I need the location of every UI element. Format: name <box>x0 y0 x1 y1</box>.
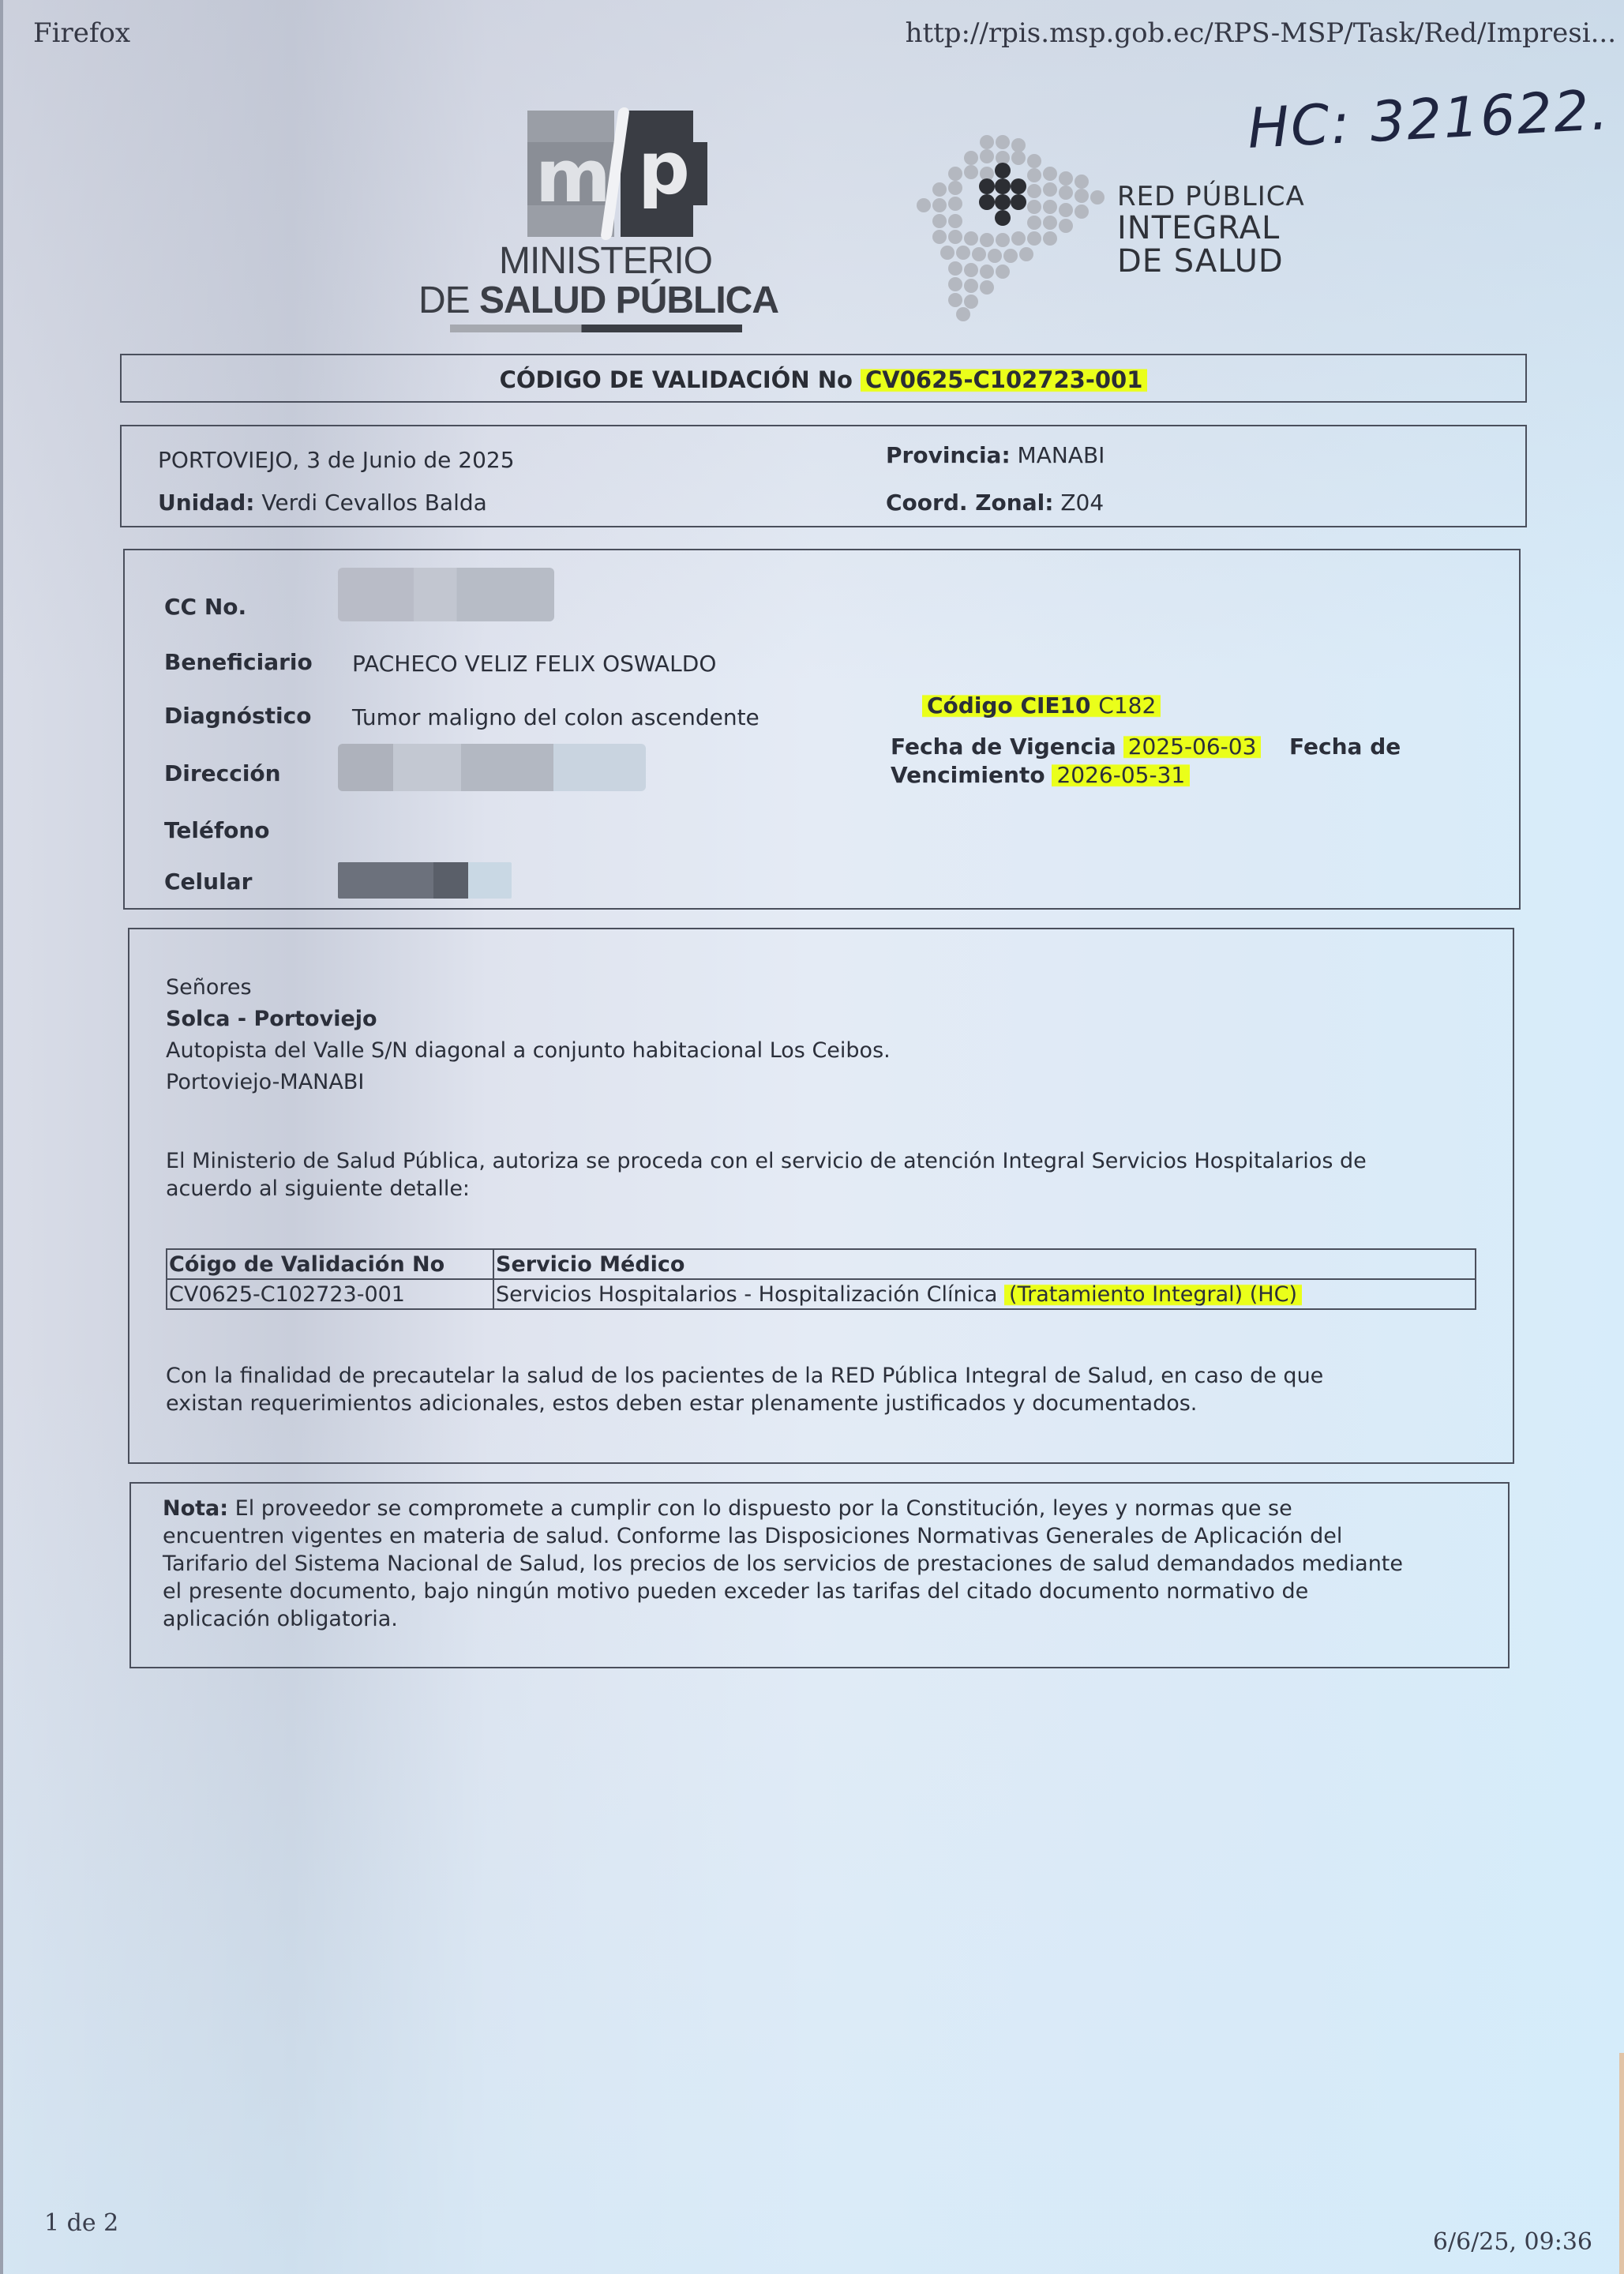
ecuador-dot-map-icon <box>908 134 1113 324</box>
provincia-field: Provincia: MANABI <box>886 442 1105 468</box>
recipient: Solca - Portoviejo <box>166 1005 377 1033</box>
direccion-redacted <box>338 744 646 791</box>
print-header-url: http://rpis.msp.gob.ec/RPS-MSP/Task/Red/… <box>906 17 1616 49</box>
service-table: Cóigo de Validación No Servicio Médico C… <box>166 1248 1476 1310</box>
recipient-address: Autopista del Valle S/N diagonal a conju… <box>166 1037 891 1064</box>
print-datetime: 6/6/25, 09:36 <box>1433 2228 1592 2256</box>
service-table-header: Cóigo de Validación No Servicio Médico <box>167 1249 1476 1279</box>
cc-label: CC No. <box>164 594 246 620</box>
coord-zonal-field: Coord. Zonal: Z04 <box>886 490 1104 516</box>
place-date: PORTOVIEJO, 3 de Junio de 2025 <box>158 447 515 473</box>
msp-logo: m p MINISTERIO DE SALUD PÚBLICA <box>418 107 797 343</box>
print-header-browser: Firefox <box>33 17 130 49</box>
msp-title-line2: DE SALUD PÚBLICA <box>418 279 778 322</box>
recipient-city: Portoviejo-MANABI <box>166 1068 364 1096</box>
msp-mark-icon: m p <box>527 111 693 237</box>
col-header-code: Cóigo de Validación No <box>167 1249 493 1279</box>
authorization-text: El Ministerio de Salud Pública, autoriza… <box>166 1147 1367 1203</box>
telefono-label: Teléfono <box>164 817 270 843</box>
header-info-box: PORTOVIEJO, 3 de Junio de 2025 Unidad: V… <box>120 425 1527 527</box>
salutation: Señores <box>166 974 252 1001</box>
rpis-logo: RED PÚBLICA INTEGRAL DE SALUD <box>908 134 1334 324</box>
diagnostico-value: Tumor maligno del colon ascendente <box>352 704 759 730</box>
row-service: Servicios Hospitalarios - Hospitalizació… <box>493 1279 1476 1309</box>
vencimiento-field: Vencimiento 2026-05-31 <box>891 762 1190 788</box>
closing-text: Con la finalidad de precautelar la salud… <box>166 1362 1323 1417</box>
validation-code-value: CV0625-C102723-001 <box>861 366 1147 393</box>
cc-redacted <box>338 568 554 621</box>
patient-info-box: CC No. Beneficiario PACHECO VELIZ FELIX … <box>123 549 1521 910</box>
celular-label: Celular <box>164 869 252 895</box>
beneficiario-value: PACHECO VELIZ FELIX OSWALDO <box>352 651 716 677</box>
note-box: Nota: El proveedor se compromete a cumpl… <box>129 1482 1510 1668</box>
note-text: Nota: El proveedor se compromete a cumpl… <box>163 1495 1403 1633</box>
vigencia-field: Fecha de Vigencia 2025-06-03 Fecha de <box>891 734 1401 760</box>
cie10-field: Código CIE10 C182 <box>922 692 1161 719</box>
validation-code-title: CÓDIGO DE VALIDACIÓN No CV0625-C102723-0… <box>122 366 1525 393</box>
paper-left-edge <box>0 0 3 2274</box>
msp-logo-bar <box>450 325 742 332</box>
celular-redacted <box>338 862 512 899</box>
row-code: CV0625-C102723-001 <box>167 1279 493 1309</box>
rpis-logo-text: RED PÚBLICA INTEGRAL DE SALUD <box>1117 182 1305 278</box>
validation-code-box: CÓDIGO DE VALIDACIÓN No CV0625-C102723-0… <box>120 354 1527 403</box>
beneficiario-label: Beneficiario <box>164 649 313 675</box>
paper-right-edge <box>1619 2053 1624 2274</box>
unidad-field: Unidad: Verdi Cevallos Balda <box>158 490 487 516</box>
direccion-label: Dirección <box>164 760 281 786</box>
diagnostico-label: Diagnóstico <box>164 703 311 729</box>
msp-title-line1: MINISTERIO <box>499 239 712 283</box>
page-number: 1 de 2 <box>44 2209 118 2237</box>
authorization-letter-box: Señores Solca - Portoviejo Autopista del… <box>128 928 1514 1464</box>
table-row: CV0625-C102723-001 Servicios Hospitalari… <box>167 1279 1476 1309</box>
col-header-service: Servicio Médico <box>493 1249 1476 1279</box>
